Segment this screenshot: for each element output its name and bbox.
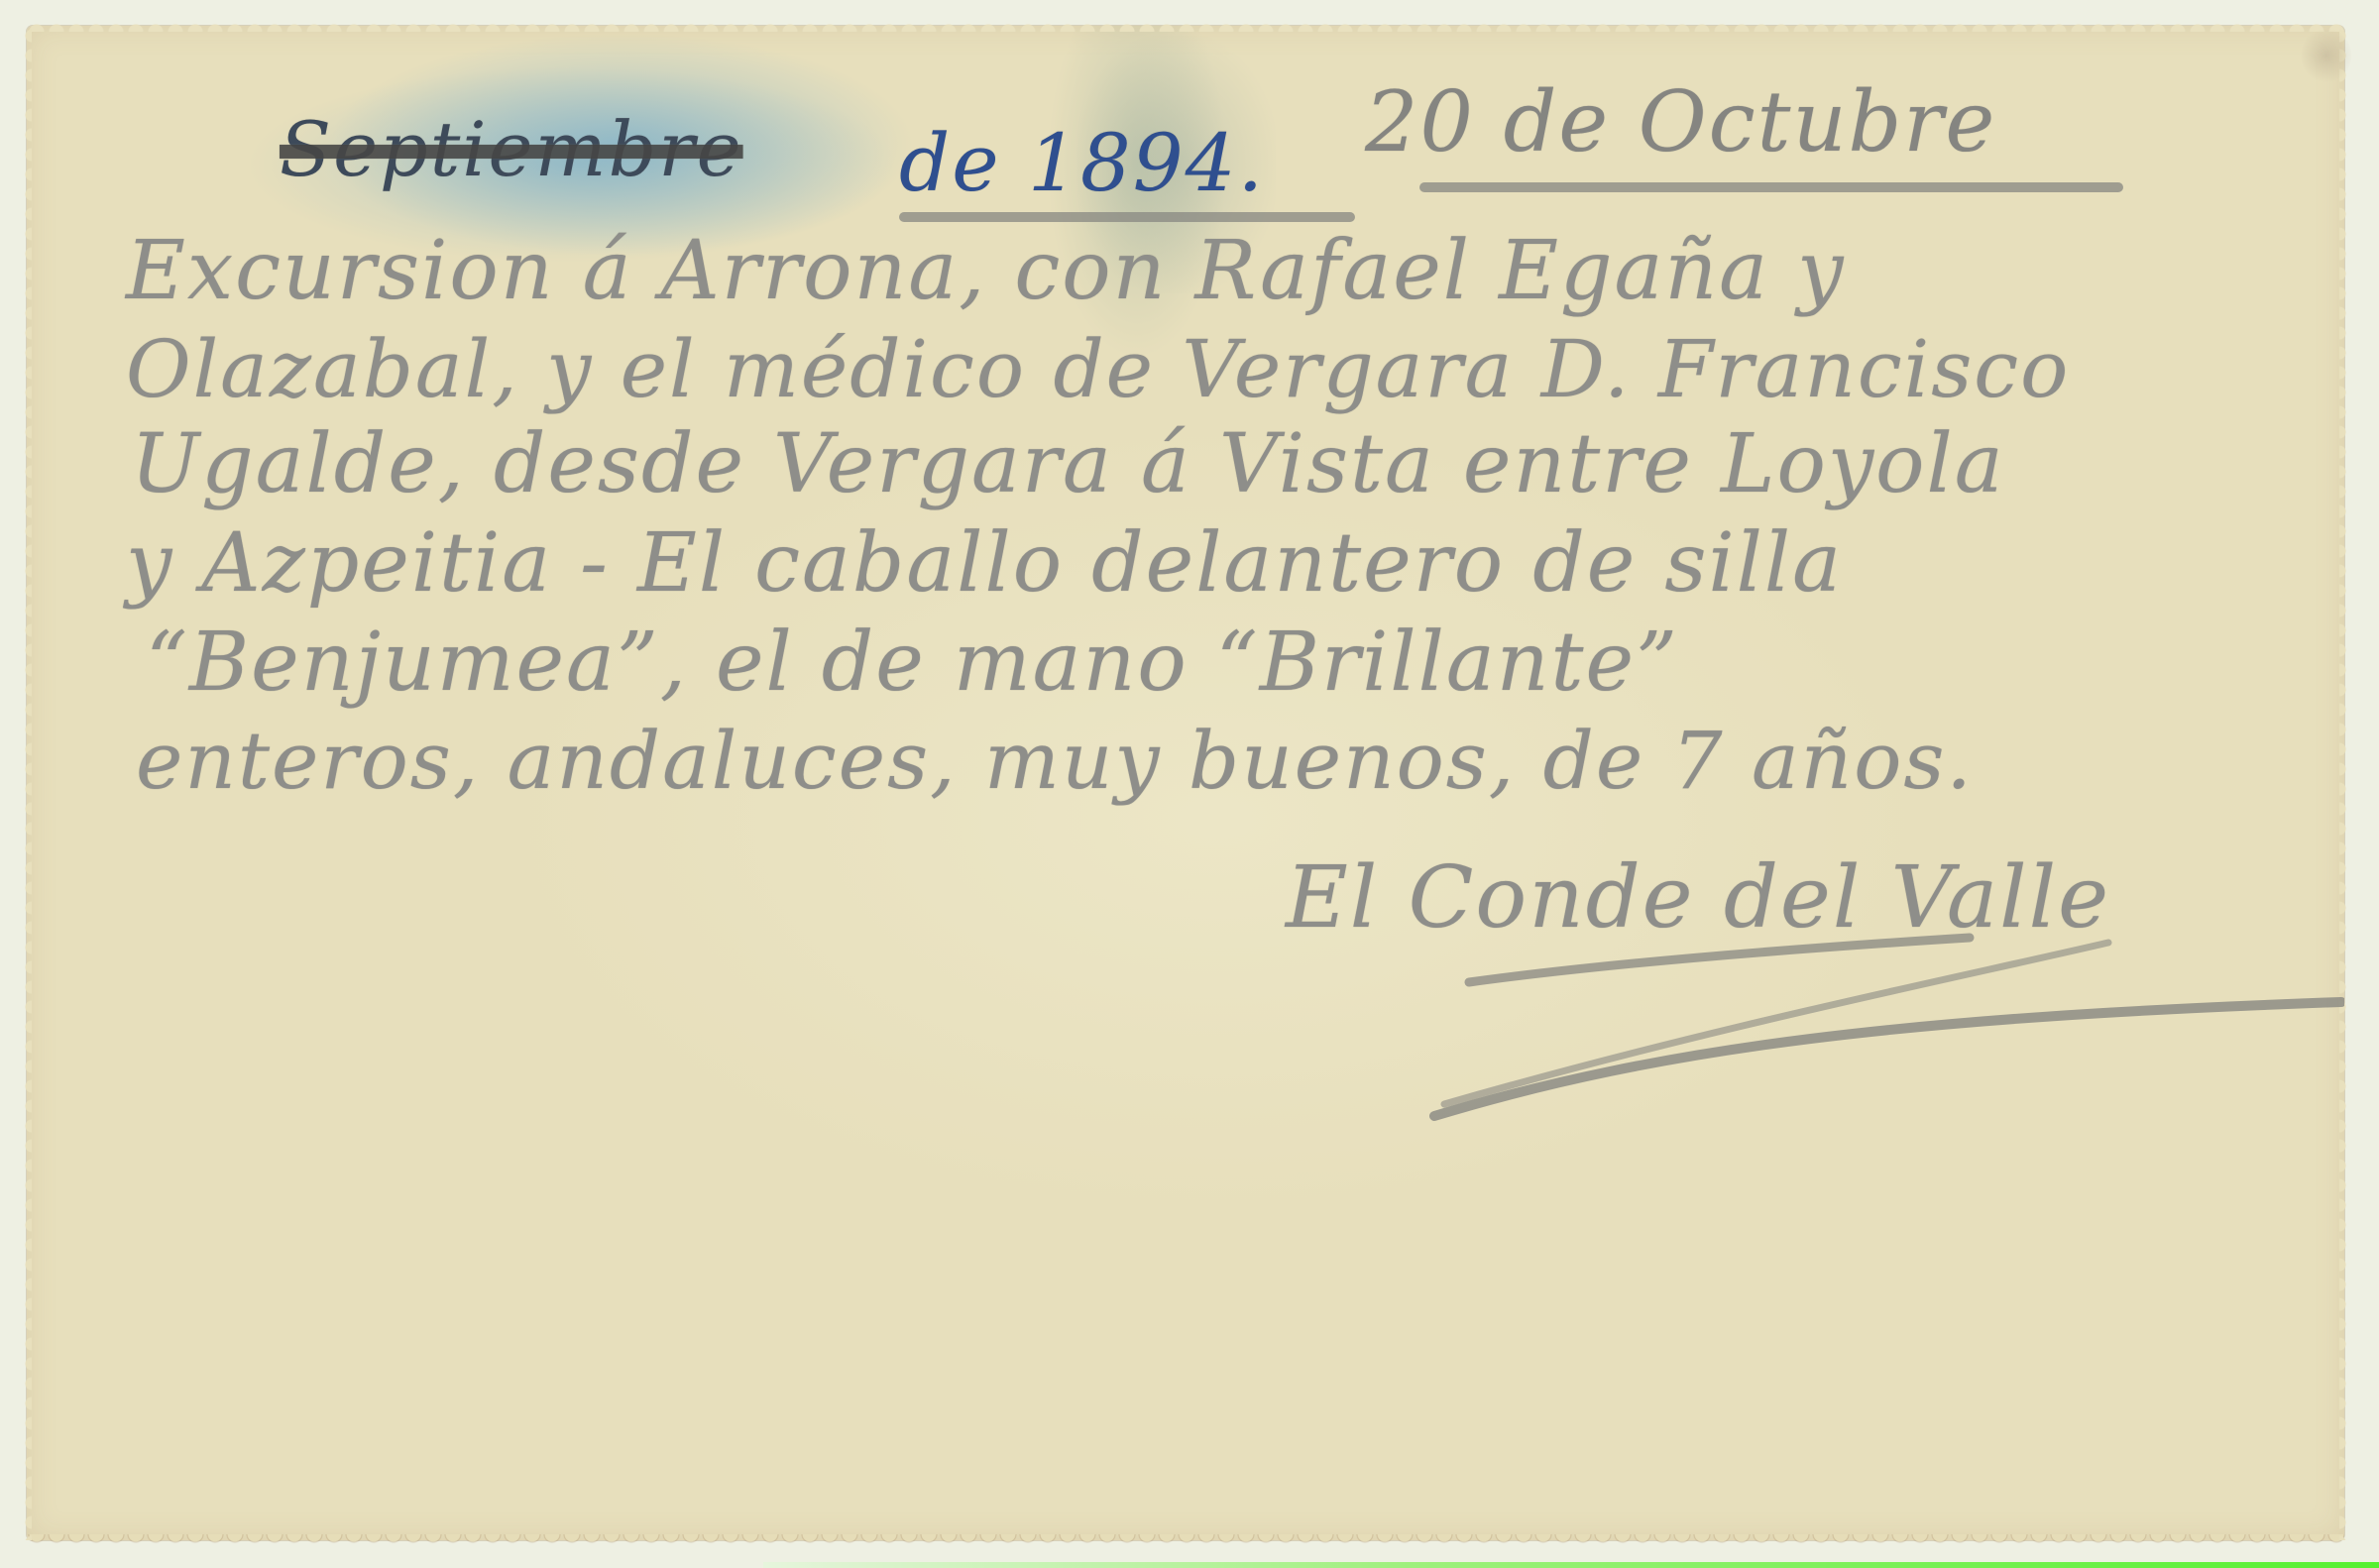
bottom-color-strip — [763, 1562, 2379, 1568]
signature-flourish — [27, 26, 2344, 1540]
postcard-paper: Septiembre de 1894. 20 de Octubre Excurs… — [27, 26, 2344, 1540]
